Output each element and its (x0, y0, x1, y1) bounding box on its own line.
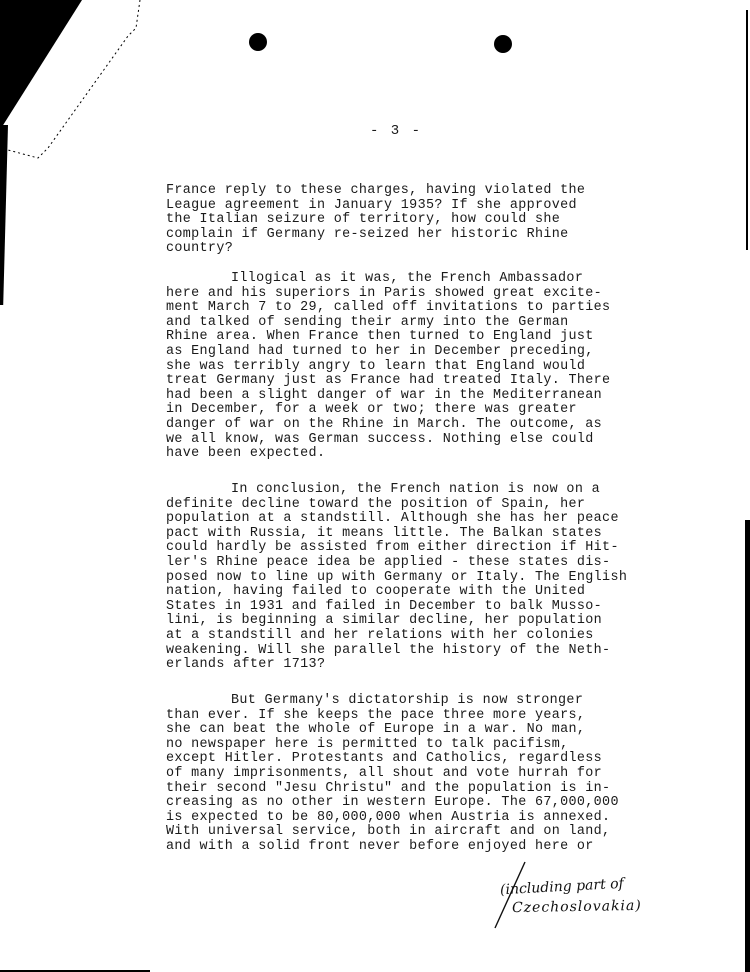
text-line: population at a standstill. Although she… (166, 512, 726, 527)
text-line: could hardly be assisted from either dir… (166, 541, 726, 556)
text-line: in December, for a week or two; there wa… (166, 403, 726, 418)
punch-hole-left (249, 33, 267, 51)
text-line: at a standstill and her relations with h… (166, 629, 726, 644)
text-line: the Italian seizure of territory, how co… (166, 213, 726, 228)
text-line: France reply to these charges, having vi… (166, 184, 726, 199)
scan-dark-corner (0, 0, 82, 130)
text-line: pact with Russia, it means little. The B… (166, 527, 726, 542)
text-line: In conclusion, the French nation is now … (166, 483, 726, 498)
text-line: have been expected. (166, 447, 726, 462)
scan-left-edge (0, 125, 8, 305)
text-line: of many imprisonments, all shout and vot… (166, 767, 726, 782)
text-line: lini, is beginning a similar decline, he… (166, 614, 726, 629)
text-line: no newspaper here is permitted to talk p… (166, 738, 726, 753)
text-line: danger of war on the Rhine in March. The… (166, 418, 726, 433)
text-line: weakening. Will she parallel the history… (166, 644, 726, 659)
text-line: their second "Jesu Christu" and the popu… (166, 782, 726, 797)
paragraph-4: But Germany's dictatorship is now strong… (166, 694, 726, 855)
punch-hole-right (494, 35, 512, 53)
text-line: posed now to line up with Germany or Ita… (166, 571, 726, 586)
paragraph-2: Illogical as it was, the French Ambassad… (166, 272, 726, 462)
handwritten-note-line-2: Czechoslovakia) (512, 897, 642, 917)
text-line: erlands after 1713? (166, 658, 726, 673)
page-number: - 3 - (370, 123, 422, 139)
text-line: we all know, was German success. Nothing… (166, 433, 726, 448)
text-line: she was terribly angry to learn that Eng… (166, 360, 726, 375)
text-line: definite decline toward the position of … (166, 498, 726, 513)
text-line: ler's Rhine peace idea be applied - thes… (166, 556, 726, 571)
text-line: than ever. If she keeps the pace three m… (166, 709, 726, 724)
text-line: and talked of sending their army into th… (166, 316, 726, 331)
text-line: nation, having failed to cooperate with … (166, 585, 726, 600)
text-line: treat Germany just as France had treated… (166, 374, 726, 389)
text-line: as England had turned to her in December… (166, 345, 726, 360)
text-line: complain if Germany re-seized her histor… (166, 228, 726, 243)
text-line: But Germany's dictatorship is now strong… (166, 694, 726, 709)
text-line: Rhine area. When France then turned to E… (166, 330, 726, 345)
text-line: country? (166, 242, 726, 257)
text-line: had been a slight danger of war in the M… (166, 389, 726, 404)
text-line: here and his superiors in Paris showed g… (166, 287, 726, 302)
text-line: creasing as no other in western Europe. … (166, 796, 726, 811)
text-line: is expected to be 80,000,000 when Austri… (166, 811, 726, 826)
paragraph-3: In conclusion, the French nation is now … (166, 483, 726, 673)
text-line: except Hitler. Protestants and Catholics… (166, 752, 726, 767)
text-line: With universal service, both in aircraft… (166, 825, 726, 840)
text-line: States in 1931 and failed in December to… (166, 600, 726, 615)
scan-right-edge-thin (746, 10, 748, 250)
text-line: ment March 7 to 29, called off invitatio… (166, 301, 726, 316)
scan-right-edge (745, 520, 750, 972)
text-line: she can beat the whole of Europe in a wa… (166, 723, 726, 738)
text-line: and with a solid front never before enjo… (166, 840, 726, 855)
text-line: Illogical as it was, the French Ambassad… (166, 272, 726, 287)
paragraph-1: France reply to these charges, having vi… (166, 184, 726, 257)
text-line: League agreement in January 1935? If she… (166, 199, 726, 214)
